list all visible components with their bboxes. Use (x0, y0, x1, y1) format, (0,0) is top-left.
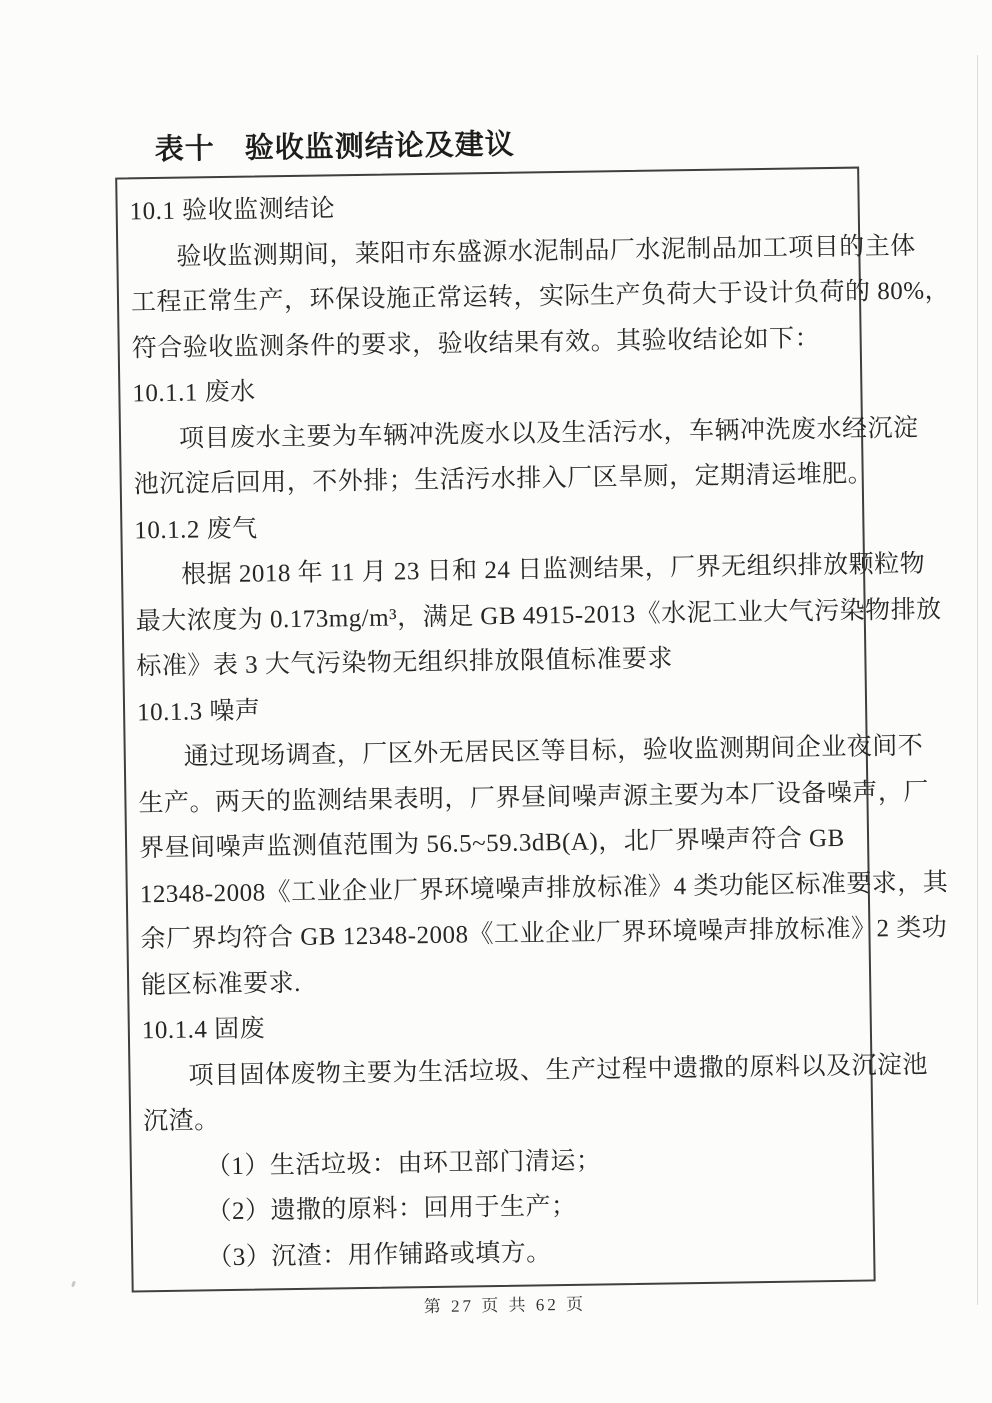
text-line-content: 10.1.3 噪声 (137, 697, 261, 726)
text-line-content: 池沉淀后回用，不外排；生活污水排入厂区旱厕，定期清运堆肥。 (134, 460, 874, 498)
text-line-content: 项目废水主要为车辆冲洗废水以及生活污水，车辆冲洗废水经沉淀 (179, 414, 919, 452)
text-line-content: 符合验收监测条件的要求，验收结果有效。其验收结论如下： (132, 325, 821, 362)
scan-edge-artifact (977, 55, 978, 1305)
text-line-content: 项目固体废物主要为生活垃圾、生产过程中遗撒的原料以及沉淀池 (188, 1051, 928, 1089)
text-line-content: 10.1 验收监测结论 (129, 195, 335, 225)
text-line-content: 10.1.1 废水 (132, 379, 256, 408)
text-line-content: 12348-2008《工业企业厂界环境噪声排放标准》4 类功能区标准要求，其 (140, 869, 949, 908)
scanned-document-page: 表十 验收监测结论及建议 10.1 验收监测结论验收监测期间，莱阳市东盛源水泥制… (0, 0, 992, 1403)
content-border-box: 10.1 验收监测结论验收监测期间，莱阳市东盛源水泥制品厂水泥制品加工项目的主体… (115, 167, 875, 1293)
text-line-content: 余厂界均符合 GB 12348-2008《工业企业厂界环境噪声排放标准》2 类功 (140, 914, 947, 953)
text-line-content: 10.1.4 固废 (142, 1015, 266, 1044)
text-line-content: 标准》表 3 大气污染物无组织排放限值标准要求 (136, 645, 673, 680)
page-title: 表十 验收监测结论及建议 (154, 122, 515, 168)
text-line-content: 最大浓度为 0.173mg/m³，满足 GB 4915-2013《水泥工业大气污… (136, 596, 942, 635)
text-line-content: 工程正常生产，环保设施正常运转，实际生产负荷大于设计负荷的 80%， (131, 277, 950, 316)
text-line-content: 验收监测期间，莱阳市东盛源水泥制品厂水泥制品加工项目的主体 (176, 232, 916, 270)
scan-tilt-wrapper: 表十 验收监测结论及建议 10.1 验收监测结论验收监测期间，莱阳市东盛源水泥制… (0, 0, 992, 1403)
document-body: 10.1 验收监测结论验收监测期间，莱阳市东盛源水泥制品厂水泥制品加工项目的主体… (129, 179, 861, 1282)
text-line-content: （3）沉渣：用作铺路或填方。 (207, 1239, 552, 1271)
text-line-content: 沉渣。 (143, 1107, 220, 1135)
text-line-content: 通过现场调查，厂区外无居民区等目标，验收监测期间企业夜间不 (184, 733, 924, 771)
text-line-content: （1）生活垃圾：由环卫部门清运； (206, 1147, 602, 1180)
text-line-content: （2）遗撒的原料：回用于生产； (206, 1193, 576, 1225)
text-line-content: 能区标准要求. (141, 969, 301, 998)
text-line-content: 根据 2018 年 11 月 23 日和 24 日监测结果，厂界无组织排放颗粒物 (181, 551, 925, 589)
text-line-content: 界昼间噪声监测值范围为 56.5~59.3dB(A)，北厂界噪声符合 GB (139, 825, 845, 862)
text-line-content: 10.1.2 废气 (134, 515, 258, 544)
text-line-content: 生产。两天的监测结果表明，厂界昼间噪声源主要为本厂设备噪声，厂 (138, 778, 929, 817)
